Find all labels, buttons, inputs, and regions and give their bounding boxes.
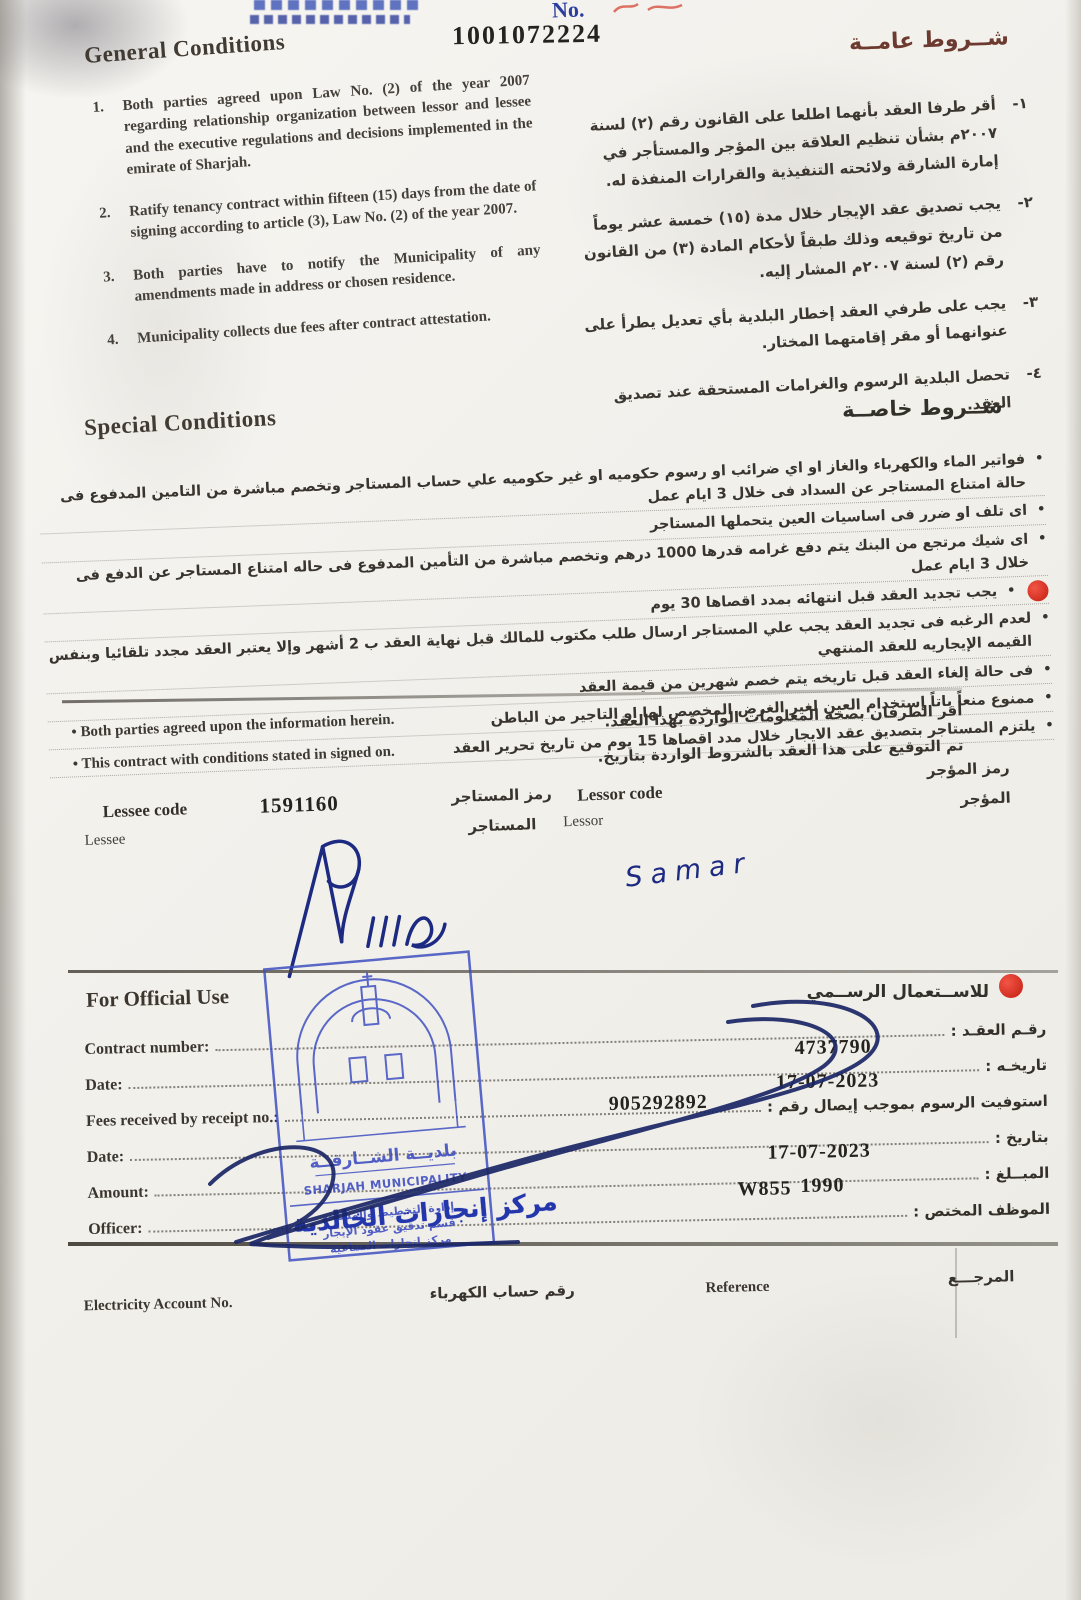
bullet (1007, 581, 1016, 602)
lessor-code-label-ar: رمز المؤجر (927, 759, 1010, 780)
special-conditions-heading-en: Special Conditions (83, 405, 277, 441)
item-text: يجب على طرفي العقد إخطار البلدية بأي تعد… (576, 290, 1008, 368)
contract-number-value: 4737790 (794, 1036, 871, 1061)
item-number: 2. (99, 203, 116, 246)
row-label-en: Officer: (88, 1220, 143, 1242)
item-text: Ratify tenancy contract within fifteen (… (129, 176, 539, 244)
list-item: ٢-يجب تصديق عقد الإيجار خلال مدة (١٥) خم… (571, 189, 1037, 296)
item-number: ١- (1003, 90, 1031, 174)
special-conditions-heading-ar: شــروط خاصــة (842, 394, 1003, 422)
row-label-ar: بتاريخ : (995, 1128, 1049, 1151)
row-label-en: Amount: (87, 1184, 149, 1206)
electricity-account-label-ar: رقم حساب الكهرباء (429, 1281, 574, 1302)
item-number: 1. (92, 97, 111, 183)
bullet (1038, 529, 1047, 550)
bullet (1045, 716, 1054, 737)
amount-value: 1990 (800, 1174, 844, 1198)
lessor-code-label: Lessor code (577, 783, 663, 806)
lessee-label-ar: المستاجر (468, 815, 537, 835)
item-number: ٣- (1013, 288, 1040, 345)
lessor-signature-text: Samar (624, 847, 754, 893)
item-text: يجب تصديق عقد الإيجار خلال مدة (١٥) خمسة… (571, 191, 1005, 297)
official-use-heading-en: For Official Use (86, 984, 230, 1013)
lessor-label: Lessor (563, 813, 604, 831)
officer-value: W855 (737, 1177, 791, 1201)
row-label-ar: المبــلغ : (984, 1164, 1049, 1187)
stamp-red-digits-fragment (610, 0, 690, 14)
item-number: 3. (103, 267, 120, 310)
red-dot-marker (999, 974, 1023, 998)
receipt-date-value: 17-07-2023 (767, 1140, 871, 1165)
scanned-tenancy-contract-page: No. 1001072224 General Conditions شــروط… (0, 0, 1081, 1600)
row-label-ar: الموظف المختص : (913, 1200, 1050, 1225)
bullet (1043, 659, 1052, 680)
item-number: 4. (107, 330, 122, 352)
stamp-municipality-en: SHARJAH MUNICIPALITY (303, 1170, 468, 1198)
reference-label-en: Reference (705, 1279, 769, 1297)
bullet (1041, 608, 1050, 629)
item-text: Municipality collects due fees after con… (137, 307, 492, 350)
list-item: ١-أقر طرفا العقد بأنهما اطلعا على القانو… (566, 90, 1032, 197)
lessee-label: Lessee (84, 832, 125, 850)
row-label-en: Contract number: (84, 1038, 209, 1062)
item-text: أقر طرفا العقد بأنهما اطلعا على القانون … (566, 92, 1000, 198)
red-dot-marker (1027, 580, 1049, 602)
row-label-en: Date: (87, 1148, 125, 1170)
receipt-number-value: 905292892 (609, 1091, 708, 1116)
item-text: Both parties have to notify the Municipa… (133, 240, 543, 308)
reference-label-ar: المرجـــع (948, 1267, 1015, 1287)
bullet (1037, 500, 1046, 521)
lessee-code-value: 1591160 (259, 791, 339, 819)
official-use-heading-ar: للاســتعمال الرســمي (807, 982, 989, 1002)
list-item: 2.Ratify tenancy contract within fifteen… (99, 176, 539, 246)
stamp-fragment-bar (254, 0, 424, 10)
electricity-account-label-en: Electricity Account No. (84, 1295, 233, 1315)
official-section-top-line (68, 970, 1058, 973)
bullet (1044, 688, 1053, 709)
row-label-ar: رقـم العقـد : (950, 1020, 1046, 1044)
document-number: 1001072224 (452, 19, 603, 52)
list-item: ٣-يجب على طرفي العقد إخطار البلدية بأي ت… (576, 288, 1040, 368)
stamp-fragment-bar (250, 15, 410, 24)
item-number: ٤- (1017, 360, 1044, 417)
row-label-en: Date: (85, 1076, 123, 1098)
list-item: 4.Municipality collects due fees after c… (107, 303, 545, 352)
contract-date-value: 17-07-2023 (776, 1069, 880, 1094)
item-number: ٢- (1008, 189, 1036, 273)
stamp-municipality-ar: بلديــة الشــارقــة (309, 1140, 458, 1173)
official-section-bottom-line (68, 1242, 1058, 1246)
general-conditions-en-list: 1.Both parties agreed upon Law No. (2) o… (92, 70, 546, 373)
bullet (1035, 449, 1044, 470)
footer-row: Electricity Account No. رقم حساب الكهربا… (0, 1266, 1081, 1351)
row-label-ar: تاريخـه : (985, 1056, 1047, 1079)
lessee-code-label: Lessee code (102, 799, 187, 822)
lessee-code-label-ar: رمز المستاجر (451, 785, 552, 806)
general-conditions-heading-ar: شــروط عامــة (849, 25, 1010, 56)
list-item: 3.Both parties have to notify the Munici… (103, 240, 543, 310)
official-use-rows: Contract number:رقـم العقـد : 4737790 Da… (84, 1006, 1050, 1242)
lessor-label-ar: المؤجر (960, 789, 1011, 809)
